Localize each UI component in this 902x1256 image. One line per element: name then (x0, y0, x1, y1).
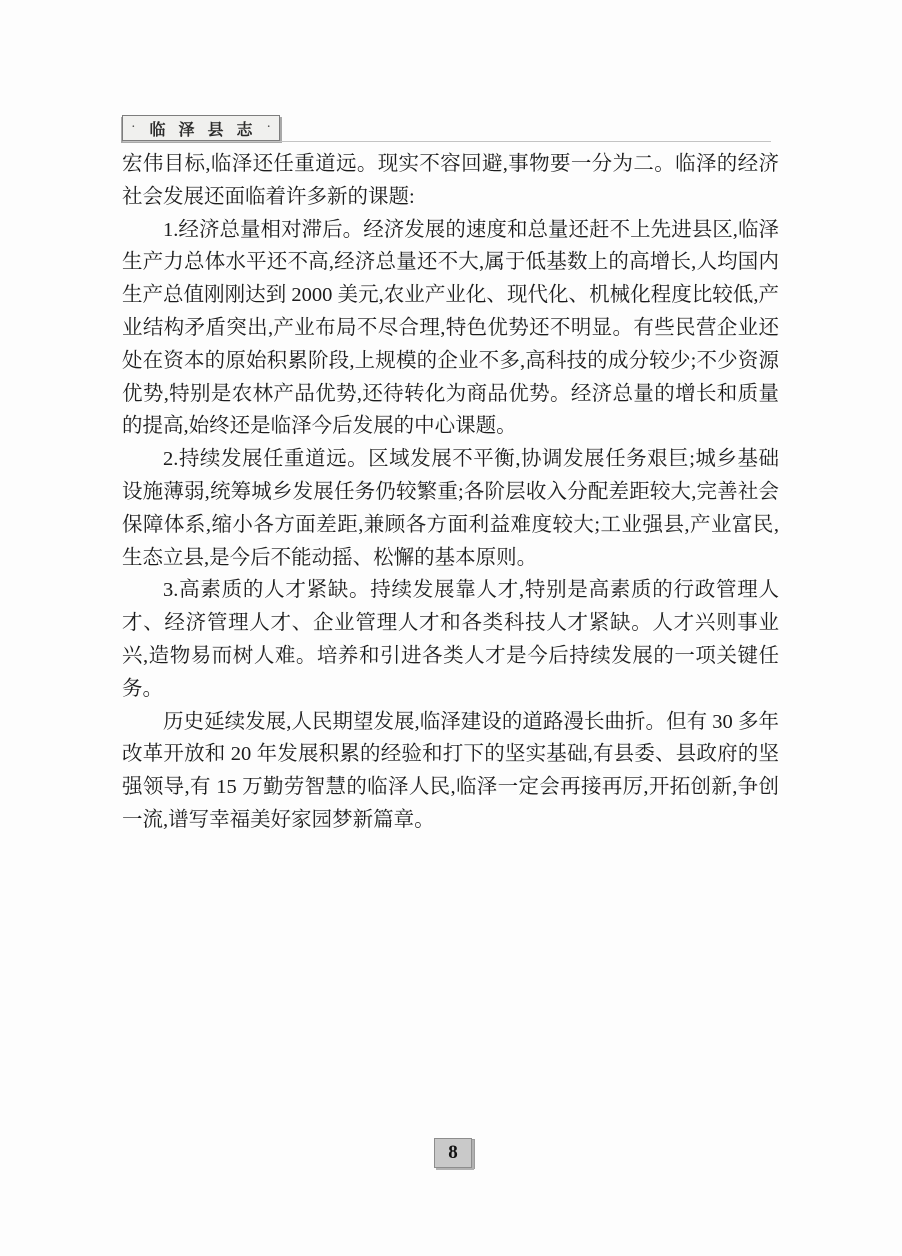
header-dot-right: · (266, 121, 271, 135)
paragraph-item-2: 2.持续发展任重道远。区域发展不平衡,协调发展任务艰巨;城乡基础设施薄弱,统筹城… (122, 443, 779, 574)
volume-title-box: · 临泽县志 · (122, 115, 280, 141)
paragraph-closing: 历史延续发展,人民期望发展,临泽建设的道路漫长曲折。但有 30 多年改革开放和 … (122, 706, 779, 837)
paragraph-continuation: 宏伟目标,临泽还任重道远。现实不容回避,事物要一分为二。临泽的经济社会发展还面临… (122, 148, 779, 214)
header-rule (123, 141, 771, 142)
paragraph-item-1: 1.经济总量相对滞后。经济发展的速度和总量还赶不上先进县区,临泽生产力总体水平还… (122, 214, 779, 444)
page-body: 宏伟目标,临泽还任重道远。现实不容回避,事物要一分为二。临泽的经济社会发展还面临… (122, 148, 779, 837)
paragraph-item-3: 3.高素质的人才紧缺。持续发展靠人才,特别是高素质的行政管理人才、经济管理人才、… (122, 574, 779, 705)
header-dot-left: · (131, 121, 136, 135)
scanned-book-page: · 临泽县志 · 宏伟目标,临泽还任重道远。现实不容回避,事物要一分为二。临泽的… (0, 0, 902, 1256)
page-number-badge: 8 (434, 1138, 472, 1168)
page-number: 8 (448, 1142, 458, 1164)
volume-title: 临泽县志 (149, 117, 265, 140)
